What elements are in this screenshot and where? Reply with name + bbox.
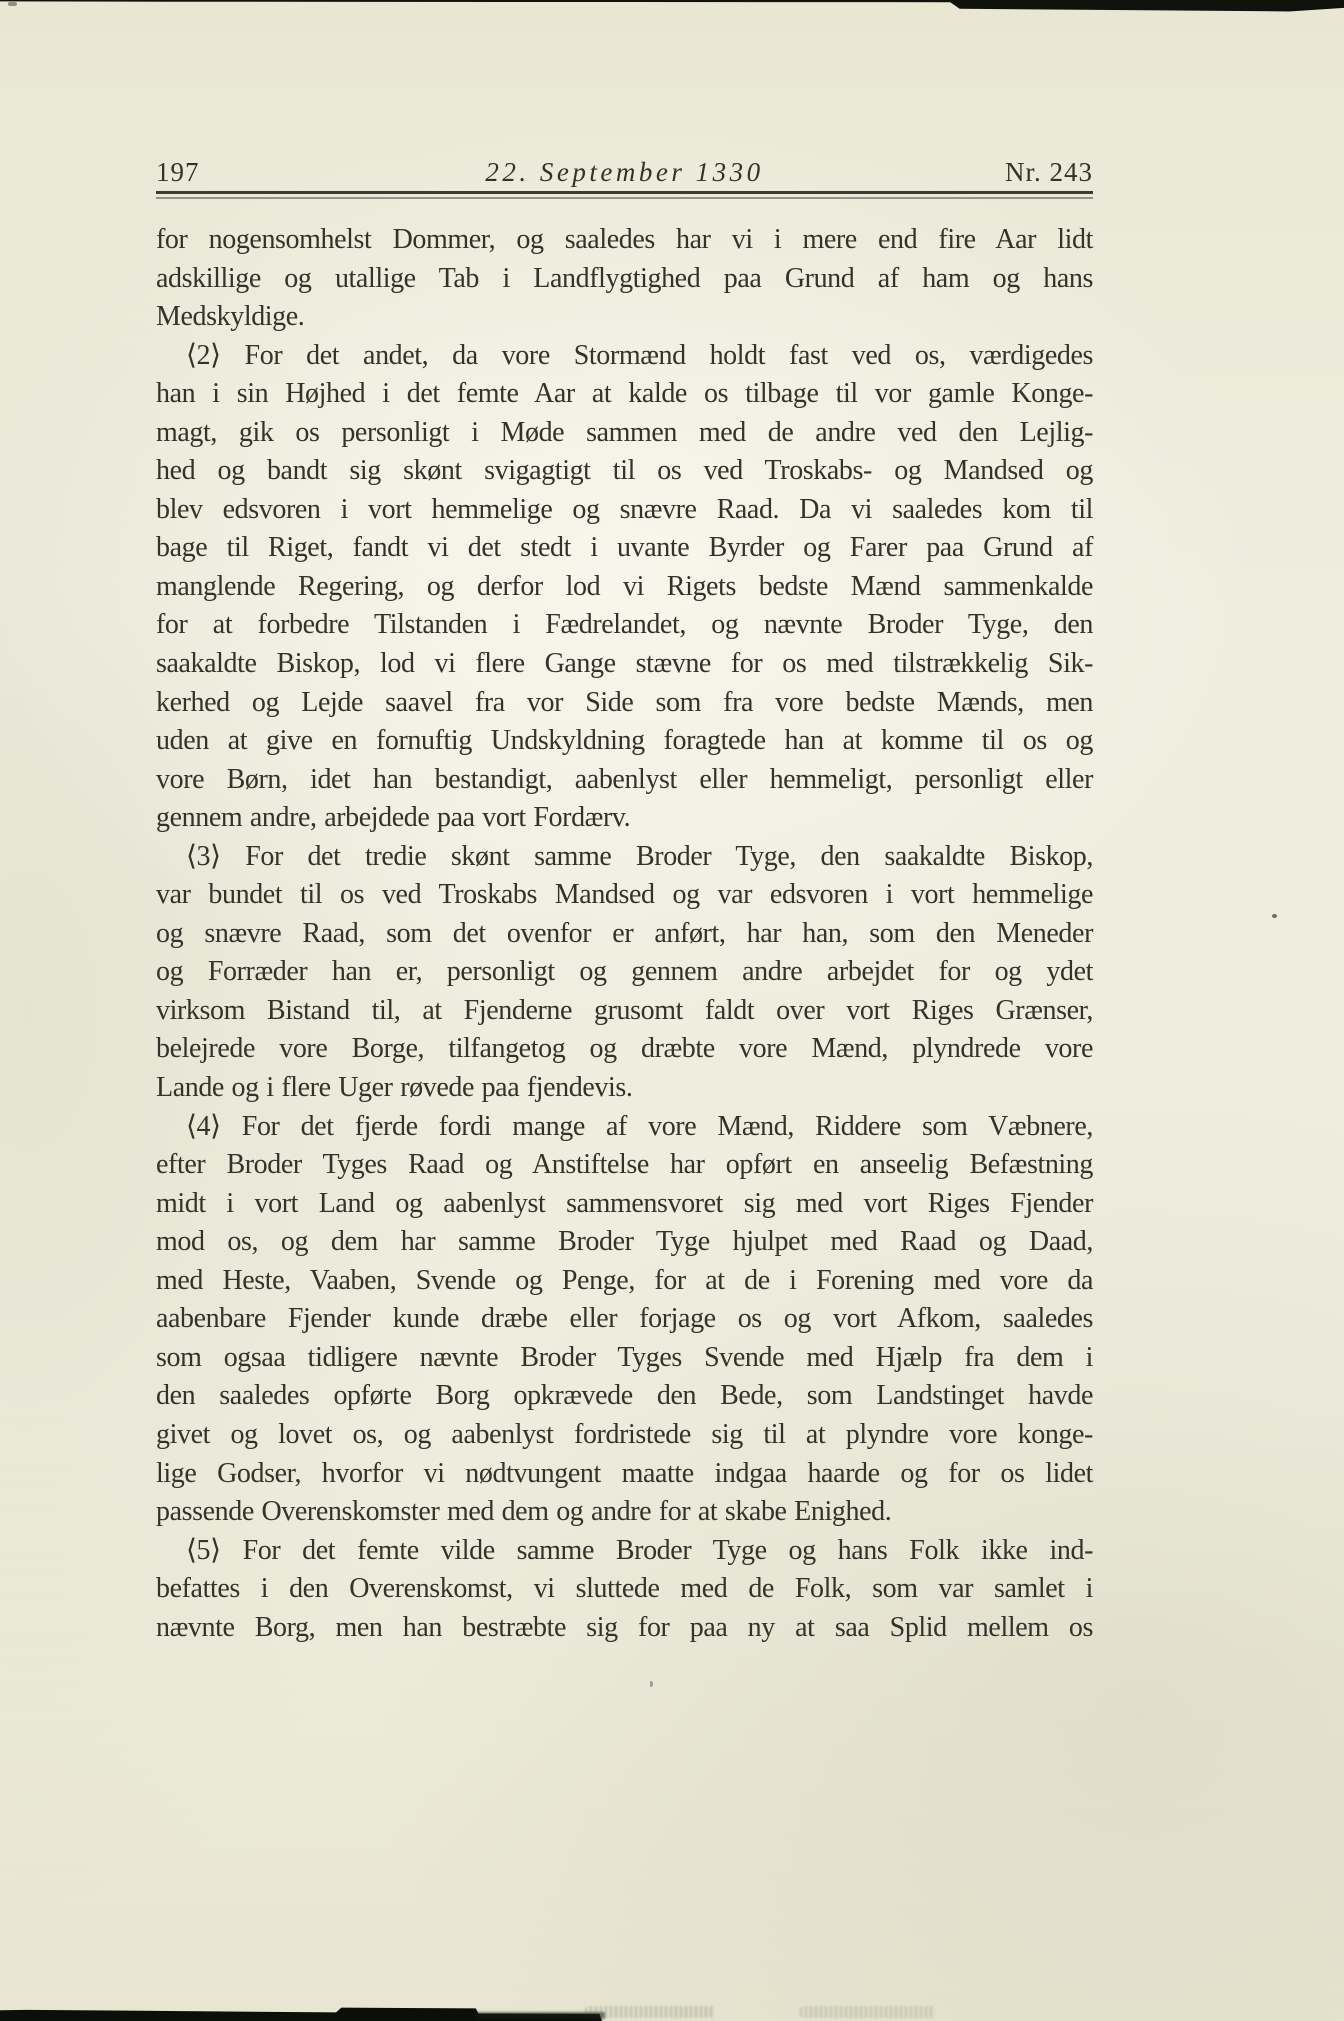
text-line: aabenbare Fjender kunde dræbe eller forj…: [156, 1300, 1093, 1339]
scan-smudge: [800, 2006, 935, 2018]
text-line: manglende Regering, og derfor lod vi Rig…: [156, 568, 1093, 607]
header-rule: [156, 191, 1093, 194]
document-body-text: for nogensomhelst Dommer, og saaledes ha…: [156, 221, 1093, 1647]
text-line: nævnte Borg, men han bestræbte sig for p…: [156, 1609, 1093, 1648]
text-line: vore Børn, idet han bestandigt, aabenlys…: [156, 761, 1093, 800]
text-line: bage til Riget, fandt vi det stedt i uva…: [156, 529, 1093, 568]
text-line: hed og bandt sig skønt svigagtigt til os…: [156, 452, 1093, 491]
document-number: Nr. 243: [1005, 153, 1093, 191]
text-line: og snævre Raad, som det ovenfor er anfør…: [156, 915, 1093, 954]
text-line: ⟨2⟩ For det andet, da vore Stormænd hold…: [156, 337, 1093, 376]
text-line: adskillige og utallige Tab i Landflygtig…: [156, 260, 1093, 299]
page-header: 197 22. September 1330 Nr. 243: [156, 153, 1093, 191]
text-line: og Forræder han er, personligt og gennem…: [156, 953, 1093, 992]
text-line: kerhed og Lejde saavel fra vor Side som …: [156, 684, 1093, 723]
text-line: gennem andre, arbejdede paa vort Fordærv…: [156, 799, 1093, 838]
header-date: 22. September 1330: [156, 153, 1093, 191]
text-line: midt i vort Land og aabenlyst sammensvor…: [156, 1185, 1093, 1224]
text-line: Medskyldige.: [156, 298, 1093, 337]
text-line: den saaledes opførte Borg opkrævede den …: [156, 1377, 1093, 1416]
text-line: blev edsvoren i vort hemmelige og snævre…: [156, 491, 1093, 530]
text-line: som ogsaa tidligere nævnte Broder Tyges …: [156, 1339, 1093, 1378]
paper-speck: [1272, 914, 1277, 918]
text-line: efter Broder Tyges Raad og Anstiftelse h…: [156, 1146, 1093, 1185]
text-line: ⟨4⟩ For det fjerde fordi mange af vore M…: [156, 1108, 1093, 1147]
text-line: for at forbedre Tilstanden i Fædrelandet…: [156, 606, 1093, 645]
text-line: for nogensomhelst Dommer, og saaledes ha…: [156, 221, 1093, 260]
scan-edge-top: [0, 0, 1344, 22]
text-line: uden at give en fornuftig Undskyldning f…: [156, 722, 1093, 761]
text-line: lige Godser, hvorfor vi nødtvungent maat…: [156, 1455, 1093, 1494]
text-line: ⟨5⟩ For det femte vilde samme Broder Tyg…: [156, 1532, 1093, 1571]
text-line: belejrede vore Borge, tilfangetog og dræ…: [156, 1030, 1093, 1069]
text-line: ⟨3⟩ For det tredie skønt samme Broder Ty…: [156, 838, 1093, 877]
scan-smudge: [585, 2006, 715, 2018]
text-line: var bundet til os ved Troskabs Mandsed o…: [156, 876, 1093, 915]
text-line: givet og lovet os, og aabenlyst fordrist…: [156, 1416, 1093, 1455]
text-line: virksom Bistand til, at Fjenderne grusom…: [156, 992, 1093, 1031]
text-line: befattes i den Overenskomst, vi sluttede…: [156, 1570, 1093, 1609]
scanned-book-page: 197 22. September 1330 Nr. 243 for nogen…: [0, 0, 1344, 2021]
paper-speck: [8, 2, 17, 6]
text-line: saakaldte Biskop, lod vi flere Gange stæ…: [156, 645, 1093, 684]
text-line: med Heste, Vaaben, Svende og Penge, for …: [156, 1262, 1093, 1301]
text-line: magt, gik os personligt i Møde sammen me…: [156, 414, 1093, 453]
text-line: han i sin Højhed i det femte Aar at kald…: [156, 375, 1093, 414]
header-rule-echo: [156, 197, 1093, 199]
text-line: mod os, og dem har samme Broder Tyge hju…: [156, 1223, 1093, 1262]
text-line: Lande og i flere Uger røvede paa fjendev…: [156, 1069, 1093, 1108]
paper-speck: [650, 1681, 653, 1687]
text-line: passende Overenskomster med dem og andre…: [156, 1493, 1093, 1532]
